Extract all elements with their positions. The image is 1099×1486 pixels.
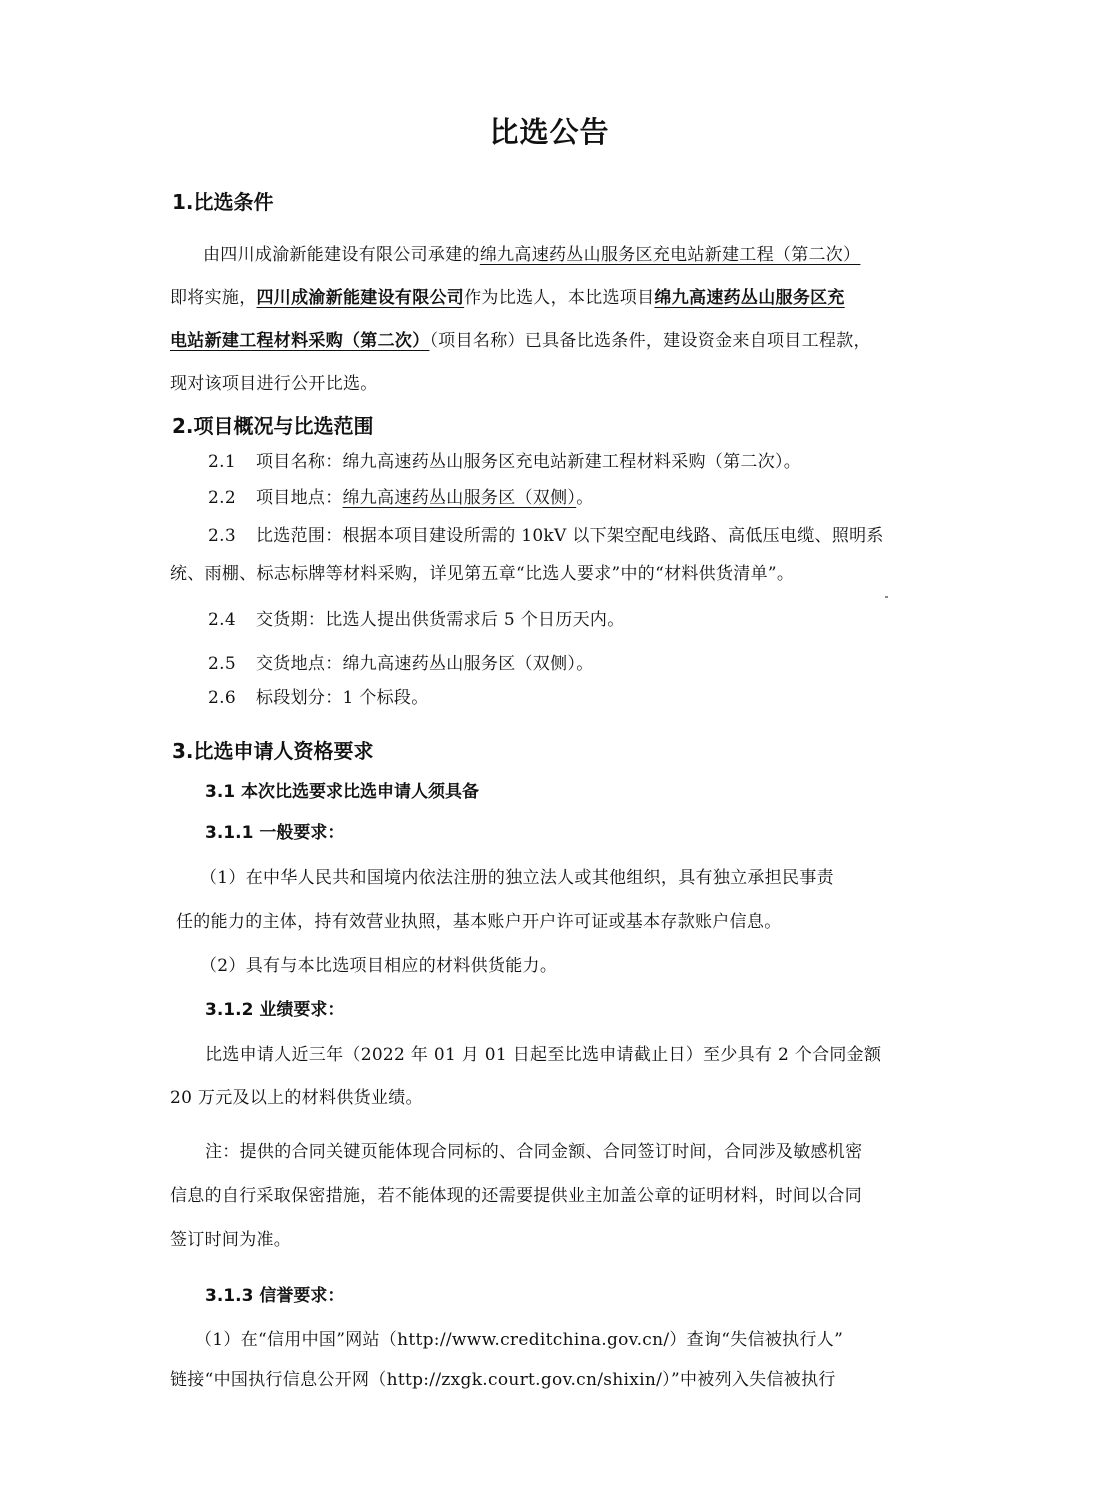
- item-number: 2.1: [208, 452, 256, 472]
- section-2-heading: 2.项目概况与比选范围: [172, 410, 374, 439]
- item-2-3: 2.3比选范围：根据本项目建设所需的 10kV 以下架空配电线路、高低压电缆、照…: [208, 521, 884, 546]
- item-number: 2.5: [208, 654, 256, 674]
- item-text: 标段划分：1 个标段。: [256, 688, 429, 708]
- page-title: 比选公告: [0, 110, 1099, 151]
- s1-paragraph-line-2: 即将实施，四川成渝新能建设有限公司作为比选人，本比选项目绵九高速药丛山服务区充: [170, 283, 845, 308]
- credit-req-line-1: （1）在“信用中国”网站（http://www.creditchina.gov.…: [195, 1325, 843, 1350]
- scan-speck: [885, 596, 888, 598]
- performance-req-line-2: 20 万元及以上的材料供货业绩。: [170, 1083, 423, 1108]
- item-label: 项目地点：: [256, 488, 343, 508]
- item-2-4: 2.4交货期：比选人提出供货需求后 5 个日历天内。: [208, 605, 625, 630]
- item-2-1: 2.1项目名称：绵九高速药丛山服务区充电站新建工程材料采购（第二次）。: [208, 447, 801, 472]
- item-text: 比选范围：根据本项目建设所需的 10kV 以下架空配电线路、高低压电缆、照明系: [256, 526, 884, 546]
- item-number: 2.4: [208, 610, 256, 630]
- subsection-3-1: 3.1 本次比选要求比选申请人须具备: [205, 777, 479, 802]
- performance-req-line-1: 比选申请人近三年（2022 年 01 月 01 日起至比选申请截止日）至少具有 …: [205, 1040, 881, 1065]
- s1-text: （项目名称）已具备比选条件，建设资金来自项目工程款，: [430, 331, 871, 351]
- s1-paragraph-line-3: 电站新建工程材料采购（第二次）（项目名称）已具备比选条件，建设资金来自项目工程款…: [170, 326, 871, 351]
- subsection-3-1-2: 3.1.2 业绩要求：: [205, 995, 344, 1020]
- item-number: 2.2: [208, 488, 256, 508]
- item-suffix: 。: [576, 488, 593, 508]
- s1-paragraph-line-4: 现对该项目进行公开比选。: [170, 369, 378, 394]
- general-req-2: （2）具有与本比选项目相应的材料供货能力。: [200, 951, 557, 976]
- project-location: 绵九高速药丛山服务区（双侧）: [343, 488, 577, 508]
- item-text: 项目名称：绵九高速药丛山服务区充电站新建工程材料采购（第二次）。: [256, 452, 801, 472]
- item-text: 交货期：比选人提出供货需求后 5 个日历天内。: [256, 610, 625, 630]
- item-2-3-continued: 统、雨棚、标志标牌等材料采购，详见第五章“比选人要求”中的“材料供货清单”。: [170, 559, 794, 584]
- note-line-3: 签订时间为准。: [170, 1225, 291, 1250]
- subsection-3-1-3: 3.1.3 信誉要求：: [205, 1281, 344, 1306]
- s1-text: 由四川成渝新能建设有限公司承建的: [203, 245, 480, 265]
- note-line-1: 注：提供的合同关键页能体现合同标的、合同金额、合同签订时间，合同涉及敏感机密: [205, 1137, 862, 1162]
- note-line-2: 信息的自行采取保密措施，若不能体现的还需要提供业主加盖公章的证明材料，时间以合同: [170, 1181, 862, 1206]
- credit-req-line-2: 链接“中国执行信息公开网（http://zxgk.court.gov.cn/sh…: [170, 1365, 836, 1390]
- item-number: 2.3: [208, 526, 256, 546]
- project-name-underlined: 绵九高速药丛山服务区充电站新建工程（第二次）: [480, 245, 861, 265]
- procurement-name-part2: 电站新建工程材料采购（第二次）: [170, 331, 430, 351]
- s1-text: 作为比选人，本比选项目: [464, 288, 654, 308]
- section-1-heading: 1.比选条件: [172, 186, 274, 215]
- general-req-1-line-1: （1）在中华人民共和国境内依法注册的独立法人或其他组织，具有独立承担民事责: [200, 863, 834, 888]
- s1-paragraph-line-1: 由四川成渝新能建设有限公司承建的绵九高速药丛山服务区充电站新建工程（第二次）: [203, 240, 860, 265]
- procurement-name-part1: 绵九高速药丛山服务区充: [654, 288, 844, 308]
- item-number: 2.6: [208, 688, 256, 708]
- item-2-6: 2.6标段划分：1 个标段。: [208, 683, 429, 708]
- item-2-2: 2.2项目地点：绵九高速药丛山服务区（双侧）。: [208, 483, 594, 508]
- s1-text: 即将实施，: [170, 288, 257, 308]
- section-3-heading: 3.比选申请人资格要求: [172, 735, 374, 764]
- bidder-name: 四川成渝新能建设有限公司: [257, 288, 465, 308]
- item-2-5: 2.5交货地点：绵九高速药丛山服务区（双侧）。: [208, 649, 594, 674]
- item-text: 交货地点：绵九高速药丛山服务区（双侧）。: [256, 654, 594, 674]
- general-req-1-line-2: 任的能力的主体，持有效营业执照，基本账户开户许可证或基本存款账户信息。: [176, 907, 782, 932]
- subsection-3-1-1: 3.1.1 一般要求：: [205, 818, 344, 843]
